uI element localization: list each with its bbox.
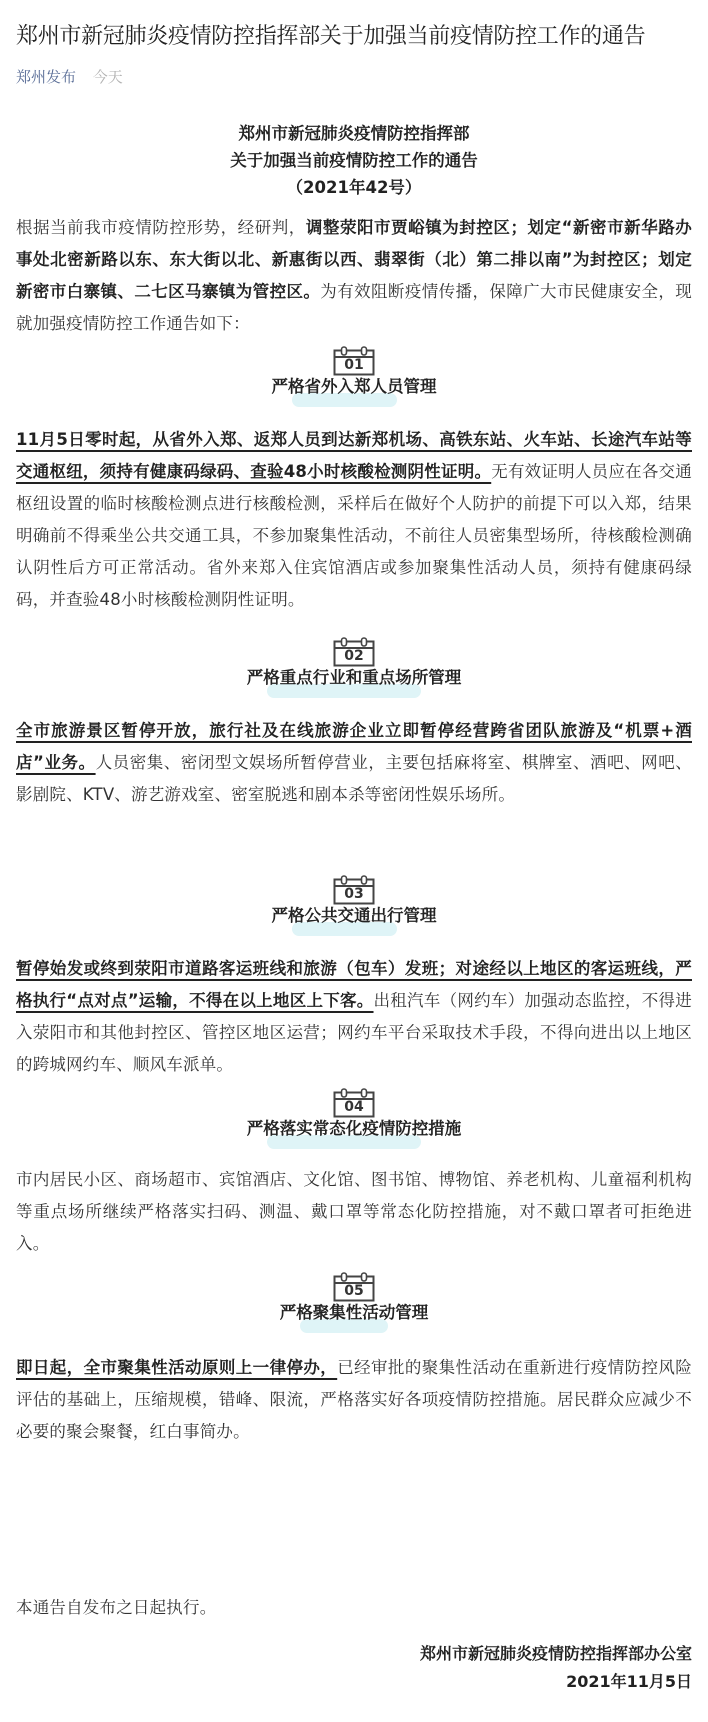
section-title: 严格公共交通出行管理: [272, 906, 437, 925]
section-number: 02: [333, 648, 375, 665]
section-title: 严格聚集性活动管理: [280, 1303, 429, 1322]
section-04-text: 市内居民小区、商场超市、宾馆酒店、文化馆、图书馆、博物馆、养老机构、儿童福利机构…: [16, 1170, 692, 1253]
doc-head-line1: 郑州市新冠肺炎疫情防控指挥部: [0, 120, 708, 147]
section-05-body: 即日起，全市聚集性活动原则上一律停办，已经审批的聚集性活动在重新进行疫情防控风险…: [16, 1352, 692, 1448]
account-name-link[interactable]: 郑州发布: [16, 68, 76, 86]
calendar-icon: 02: [333, 637, 375, 665]
signature-date: 2021年11月5日: [420, 1668, 692, 1696]
section-01-text: 无有效证明人员应在各交通枢纽设置的临时核酸检测点进行核酸检测，采样后在做好个人防…: [16, 462, 692, 609]
section-number: 01: [333, 357, 375, 374]
section-05-key-text: 即日起，全市聚集性活动原则上一律停办，: [16, 1358, 337, 1377]
calendar-icon: 04: [333, 1088, 375, 1116]
section-heading-01: 01 严格省外入郑人员管理: [0, 346, 708, 398]
section-heading-03: 03 严格公共交通出行管理: [0, 875, 708, 927]
section-heading-05: 05 严格聚集性活动管理: [0, 1272, 708, 1324]
section-number: 03: [333, 886, 375, 903]
section-title: 严格省外入郑人员管理: [272, 377, 437, 396]
closing-statement: 本通告自发布之日起执行。: [16, 1592, 692, 1624]
intro-text: 根据当前我市疫情防控形势，经研判，: [16, 218, 306, 237]
calendar-icon: 05: [333, 1272, 375, 1300]
intro-paragraph: 根据当前我市疫情防控形势，经研判，调整荥阳市贾峪镇为封控区；划定“新密市新华路办…: [16, 212, 692, 340]
section-01-body: 11月5日零时起，从省外入郑、返郑人员到达新郑机场、高铁东站、火车站、长途汽车站…: [16, 424, 692, 616]
section-04-body: 市内居民小区、商场超市、宾馆酒店、文化馆、图书馆、博物馆、养老机构、儿童福利机构…: [16, 1164, 692, 1260]
section-02-body: 全市旅游景区暂停开放，旅行社及在线旅游企业立即暂停经营跨省团队旅游及“机票+酒店…: [16, 715, 692, 811]
signature-org: 郑州市新冠肺炎疫情防控指挥部办公室: [420, 1640, 692, 1668]
section-title: 严格重点行业和重点场所管理: [247, 668, 462, 687]
section-heading-02: 02 严格重点行业和重点场所管理: [0, 637, 708, 689]
section-03-body: 暂停始发或终到荥阳市道路客运班线和旅游（包车）发班；对途经以上地区的客运班线，严…: [16, 953, 692, 1081]
section-title: 严格落实常态化疫情防控措施: [247, 1119, 462, 1138]
document-heading: 郑州市新冠肺炎疫情防控指挥部 关于加强当前疫情防控工作的通告 （2021年42号…: [0, 120, 708, 201]
article-meta: 郑州发布 今天: [16, 67, 123, 87]
calendar-icon: 03: [333, 875, 375, 903]
doc-head-line2: 关于加强当前疫情防控工作的通告: [0, 147, 708, 174]
section-number: 04: [333, 1099, 375, 1116]
section-heading-04: 04 严格落实常态化疫情防控措施: [0, 1088, 708, 1140]
section-02-text: 人员密集、密闭型文娱场所暂停营业，主要包括麻将室、棋牌室、酒吧、网吧、影剧院、K…: [16, 753, 692, 804]
signature-block: 郑州市新冠肺炎疫情防控指挥部办公室 2021年11月5日: [420, 1640, 692, 1696]
publish-date: 今天: [93, 68, 123, 86]
calendar-icon: 01: [333, 346, 375, 374]
doc-head-line3: （2021年42号）: [0, 174, 708, 201]
article-title: 郑州市新冠肺炎疫情防控指挥部关于加强当前疫情防控工作的通告: [16, 22, 645, 52]
section-number: 05: [333, 1283, 375, 1300]
